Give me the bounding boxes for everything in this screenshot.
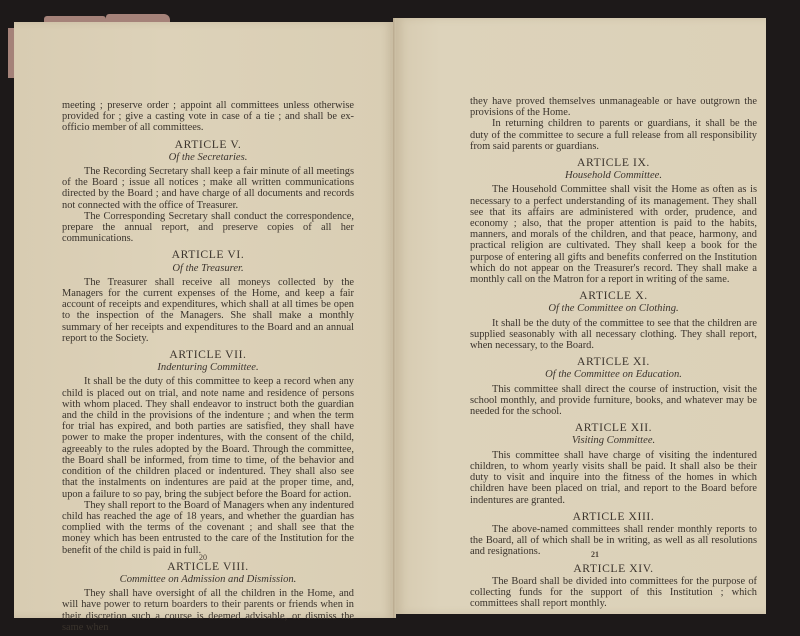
article-subheading: Of the Committee on Education. <box>470 369 757 380</box>
article-heading: ARTICLE V. <box>62 139 354 150</box>
article-subheading: Committee on Admission and Dismission. <box>62 574 354 585</box>
paragraph: The Corresponding Secretary shall conduc… <box>62 211 354 245</box>
article-heading: ARTICLE X. <box>470 290 757 301</box>
right-page-text-column: they have proved themselves unmanageable… <box>470 96 757 609</box>
article-heading: ARTICLE XII. <box>470 422 757 433</box>
paragraph: They shall report to the Board of Manage… <box>62 500 354 556</box>
article-heading: ARTICLE VIII. <box>62 561 354 572</box>
page-number-left: 20 <box>188 553 218 562</box>
paragraph: This committee shall have charge of visi… <box>470 450 757 506</box>
article-subheading: Of the Committee on Clothing. <box>470 303 757 314</box>
paragraph: The above-named committees shall render … <box>470 524 757 558</box>
paragraph: This committee shall direct the course o… <box>470 384 757 418</box>
article-subheading: Indenturing Committee. <box>62 362 354 373</box>
paragraph: It shall be the duty of this committee t… <box>62 376 354 499</box>
article-heading: ARTICLE VII. <box>62 349 354 360</box>
paragraph: The Treasurer shall receive all moneys c… <box>62 277 354 344</box>
paragraph: They shall have oversight of all the chi… <box>62 588 354 633</box>
paragraph: The Board shall be divided into committe… <box>470 576 757 610</box>
article-heading: ARTICLE XIII. <box>470 511 757 522</box>
page-number-right: 21 <box>580 550 610 559</box>
book-spine-gutter <box>393 18 396 618</box>
paragraph: they have proved themselves unmanageable… <box>470 96 757 118</box>
article-heading: ARTICLE IX. <box>470 157 757 168</box>
article-subheading: Of the Secretaries. <box>62 152 354 163</box>
article-heading: ARTICLE XIV. <box>470 563 757 574</box>
article-heading: ARTICLE XI. <box>470 356 757 367</box>
article-subheading: Visiting Committee. <box>470 435 757 446</box>
paragraph: In returning children to parents or guar… <box>470 118 757 152</box>
article-heading: ARTICLE VI. <box>62 249 354 260</box>
paragraph: It shall be the duty of the committee to… <box>470 318 757 352</box>
paragraph: The Household Committee shall visit the … <box>470 184 757 285</box>
paragraph: The Recording Secretary shall keep a fai… <box>62 166 354 211</box>
paragraph: meeting ; preserve order ; appoint all c… <box>62 100 354 134</box>
article-subheading: Household Committee. <box>470 170 757 181</box>
article-subheading: Of the Treasurer. <box>62 263 354 274</box>
